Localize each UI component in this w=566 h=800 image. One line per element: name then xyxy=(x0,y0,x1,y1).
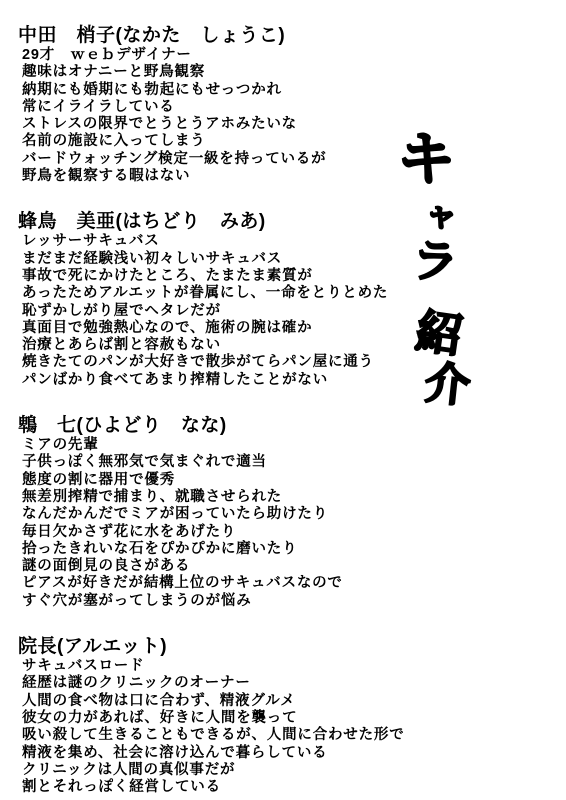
text-line: 納期にも婚期にも勃起にもせっつかれ xyxy=(22,82,438,99)
text-line: バードウォッチング検定一級を持っているが xyxy=(22,151,438,168)
text-line: 毎日欠かさず花に水をあげたり xyxy=(22,524,438,541)
text-line: 無差別搾精で捕まり、就職させられた xyxy=(22,489,438,506)
character-name: 鵯 七(ひよどり なな) xyxy=(18,415,438,436)
text-line: 焼きたてのパンが大好きで散歩がてらパン屋に通う xyxy=(22,354,438,371)
character-name: 院長(アルエット) xyxy=(18,636,438,657)
text-line: レッサーサキュバス xyxy=(22,233,438,250)
section-hiyodori-nana: 鵯 七(ひよどり なな) ミアの先輩子供っぽく無邪気で気まぐれで適当態度の割に器… xyxy=(18,415,438,610)
character-name: 蜂鳥 美亜(はちどり みあ) xyxy=(18,211,438,232)
text-line: クリニックは人間の真似事だが xyxy=(22,762,438,779)
text-line: あったためアルエットが眷属にし、一命をとりとめた xyxy=(22,285,438,302)
text-line: 名前の施設に入ってしまう xyxy=(22,133,438,150)
character-profiles: 中田 梢子(なかた しょうこ) 29才 ｗｅｂデザイナー趣味はオナニーと野鳥観察… xyxy=(18,25,438,796)
text-line: 真面目で勉強熱心なので、施術の腕は確か xyxy=(22,320,438,337)
text-line: パンばかり食べてあまり搾精したことがない xyxy=(22,372,438,389)
text-line: 恥ずかしがり屋でヘタレだが xyxy=(22,303,438,320)
section-nakata-shouko: 中田 梢子(なかた しょうこ) 29才 ｗｅｂデザイナー趣味はオナニーと野鳥観察… xyxy=(18,25,438,185)
text-line: 事故で死にかけたところ、たまたま素質が xyxy=(22,268,438,285)
text-line: すぐ穴が塞がってしまうのが悩み xyxy=(22,593,438,610)
text-line: ストレスの限界でとうとうアホみたいな xyxy=(22,116,438,133)
text-line: なんだかんだでミアが困っていたら助けたり xyxy=(22,506,438,523)
text-line: 野鳥を観察する暇はない xyxy=(22,168,438,185)
text-line: 子供っぽく無邪気で気まぐれで適当 xyxy=(22,454,438,471)
character-description: レッサーサキュバスまだまだ経験浅い初々しいサキュバス事故で死にかけたところ、たま… xyxy=(18,233,438,389)
section-director-alouette: 院長(アルエット) サキュバスロード経歴は謎のクリニックのオーナー人間の食べ物は… xyxy=(18,636,438,796)
text-line: 精液を集め、社会に溶け込んで暮らしている xyxy=(22,745,438,762)
character-description: ミアの先輩子供っぽく無邪気で気まぐれで適当態度の割に器用で優秀無差別搾精で捕まり… xyxy=(18,437,438,610)
text-line: 治療とあらば割と容赦もない xyxy=(22,337,438,354)
text-line: ピアスが好きだが結構上位のサキュバスなので xyxy=(22,575,438,592)
text-line: ミアの先輩 xyxy=(22,437,438,454)
text-line: 人間の食べ物は口に合わず、精液グルメ xyxy=(22,693,438,710)
character-description: サキュバスロード経歴は謎のクリニックのオーナー人間の食べ物は口に合わず、精液グル… xyxy=(18,658,438,796)
text-line: 29才 ｗｅｂデザイナー xyxy=(22,47,438,64)
text-line: 彼女の力があれば、好きに人間を襲って xyxy=(22,710,438,727)
text-line: 趣味はオナニーと野鳥観察 xyxy=(22,64,438,81)
character-description: 29才 ｗｅｂデザイナー趣味はオナニーと野鳥観察納期にも婚期にも勃起にもせっつか… xyxy=(18,47,438,185)
text-line: 割とそれっぽく経営している xyxy=(22,779,438,796)
text-line: サキュバスロード xyxy=(22,658,438,675)
character-name: 中田 梢子(なかた しょうこ) xyxy=(18,25,438,46)
text-line: 謎の面倒見の良さがある xyxy=(22,558,438,575)
section-hachidori-mia: 蜂鳥 美亜(はちどり みあ) レッサーサキュバスまだまだ経験浅い初々しいサキュバ… xyxy=(18,211,438,389)
text-line: 常にイライラしている xyxy=(22,99,438,116)
text-line: 経歴は謎のクリニックのオーナー xyxy=(22,675,438,692)
text-line: まだまだ経験浅い初々しいサキュバス xyxy=(22,251,438,268)
text-line: 吸い殺して生きることもできるが、人間に合わせた形で xyxy=(22,727,438,744)
text-line: 態度の割に器用で優秀 xyxy=(22,472,438,489)
character-intro-page: 中田 梢子(なかた しょうこ) 29才 ｗｅｂデザイナー趣味はオナニーと野鳥観察… xyxy=(0,0,566,800)
text-line: 拾ったきれいな石をぴかぴかに磨いたり xyxy=(22,541,438,558)
